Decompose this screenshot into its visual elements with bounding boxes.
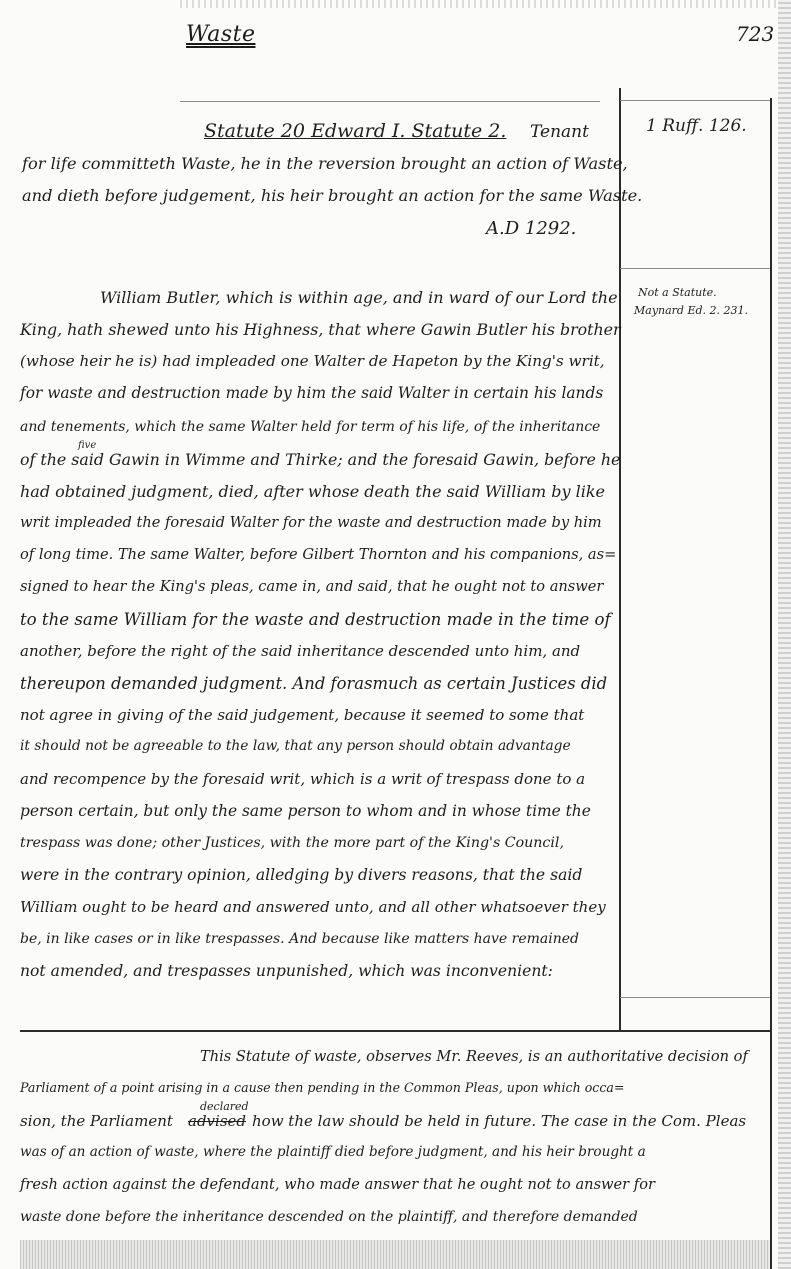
commentary-line: This Statute of waste, observes Mr. Reev… (200, 1050, 748, 1065)
statute-date: A.D 1292. (486, 220, 576, 238)
body-line: not amended, and trespasses unpunished, … (20, 964, 553, 980)
margin-rule-right (770, 98, 772, 1269)
body-line: not agree in giving of the said judgemen… (20, 708, 584, 723)
margin-reference-ruff: 1 Ruff. 126. (646, 116, 747, 136)
body-line: to the same William for the waste and de… (20, 612, 611, 629)
body-line: and recompence by the foresaid writ, whi… (20, 772, 585, 787)
commentary-line: Parliament of a point arising in a cause… (20, 1082, 624, 1095)
body-line: and tenements, which the same Walter hel… (20, 420, 600, 434)
body-line: trespass was done; other Justices, with … (20, 836, 564, 850)
commentary-divider (20, 1030, 772, 1032)
body-line: be, in like cases or in like trespasses.… (20, 932, 579, 946)
commentary-line: how the law should be held in future. Th… (252, 1114, 746, 1129)
body-line: another, before the right of the said in… (20, 644, 580, 659)
margin-reference-not-statute: Not a Statute. (638, 286, 717, 299)
body-line: signed to hear the King's pleas, came in… (20, 580, 603, 595)
scan-smudge (20, 1240, 770, 1269)
margin-divider-top (620, 100, 770, 101)
heading-divider (180, 101, 600, 102)
body-line: had obtained judgment, died, after whose… (20, 484, 605, 500)
body-line: writ impleaded the foresaid Walter for t… (20, 516, 602, 531)
body-line: it should not be agreeable to the law, t… (20, 740, 571, 754)
body-line: King, hath shewed unto his Highness, tha… (20, 322, 621, 338)
page-edge (778, 0, 791, 1269)
page-title: Waste (186, 22, 255, 47)
body-line: of the said Gawin in Wimme and Thirke; a… (20, 452, 620, 468)
body-line: of long time. The same Walter, before Gi… (20, 548, 616, 563)
body-line: William ought to be heard and answered u… (20, 900, 606, 915)
struck-word: advised (188, 1114, 246, 1129)
body-line: William Butler, which is within age, and… (100, 290, 618, 306)
body-line: were in the contrary opinion, alledging … (20, 868, 582, 884)
commentary-line: fresh action against the defendant, who … (20, 1178, 655, 1193)
manuscript-page: Waste 723 1 Ruff. 126. Not a Statute. Ma… (0, 0, 791, 1269)
statute-heading-line: for life committeth Waste, he in the rev… (22, 156, 628, 172)
commentary-line: sion, the Parliament (20, 1114, 173, 1129)
body-line: person certain, but only the same person… (20, 804, 591, 819)
scan-noise (180, 0, 791, 8)
margin-divider-mid (620, 268, 770, 269)
commentary-line: was of an action of waste, where the pla… (20, 1146, 646, 1160)
statute-heading-line: Tenant (530, 124, 589, 141)
page-number: 723 (736, 22, 774, 46)
body-line: (whose heir he is) had impleaded one Wal… (20, 354, 605, 369)
body-line: for waste and destruction made by him th… (20, 386, 603, 401)
statute-title: Statute 20 Edward I. Statute 2. (204, 122, 506, 141)
margin-rule-left (619, 88, 621, 1030)
margin-divider-low (620, 997, 770, 998)
margin-reference-maynard: Maynard Ed. 2. 231. (634, 304, 748, 317)
commentary-line: waste done before the inheritance descen… (20, 1210, 638, 1224)
statute-heading-line: and dieth before judgement, his heir bro… (22, 188, 642, 204)
body-line: thereupon demanded judgment. And forasmu… (20, 676, 607, 692)
